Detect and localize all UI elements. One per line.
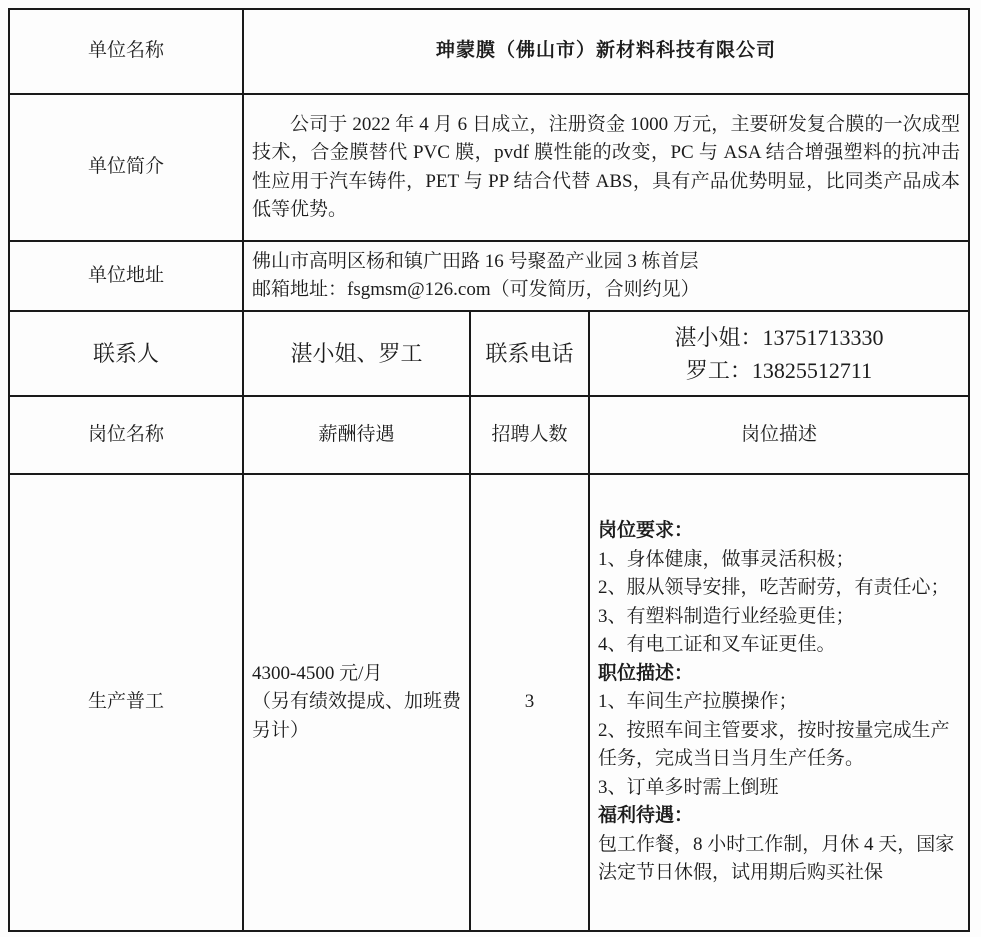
requirement-item: 3、有塑料制造行业经验更佳； [598,603,960,632]
recruitment-document-page: 单位名称 珅蒙膜（佛山市）新材料科技有限公司 单位简介 公司于 2022 年 4… [0,0,981,937]
benefits-title: 福利待遇： [598,802,960,831]
company-name-value: 珅蒙膜（佛山市）新材料科技有限公司 [243,9,969,94]
phone-line-2: 罗工：13825512711 [598,354,960,387]
job-description-cell: 岗位要求： 1、身体健康，做事灵活积极； 2、服从领导安排，吃苦耐劳，有责任心；… [589,474,969,931]
job-data-row: 生产普工 4300-4500 元/月 （另有绩效提成、加班费另计） 3 岗位要求… [9,474,969,931]
address-line-2: 邮箱地址：fsgmsm@126.com（可发简历，合则约见） [252,276,960,305]
company-intro-label: 单位简介 [9,94,243,241]
job-salary-cell: 4300-4500 元/月 （另有绩效提成、加班费另计） [243,474,470,931]
company-address-label: 单位地址 [9,241,243,311]
phone-label: 联系电话 [470,311,589,396]
contact-names: 湛小姐、罗工 [243,311,470,396]
company-name-label: 单位名称 [9,9,243,94]
duty-item: 3、订单多时需上倒班 [598,774,960,803]
company-intro-row: 单位简介 公司于 2022 年 4 月 6 日成立，注册资金 1000 万元，主… [9,94,969,241]
company-name-row: 单位名称 珅蒙膜（佛山市）新材料科技有限公司 [9,9,969,94]
header-salary: 薪酬待遇 [243,396,470,474]
job-header-row: 岗位名称 薪酬待遇 招聘人数 岗位描述 [9,396,969,474]
job-position: 生产普工 [9,474,243,931]
company-address-row: 单位地址 佛山市高明区杨和镇广田路 16 号聚盈产业园 3 栋首层 邮箱地址：f… [9,241,969,311]
company-intro-text: 公司于 2022 年 4 月 6 日成立，注册资金 1000 万元，主要研发复合… [252,111,960,225]
salary-line-1: 4300-4500 元/月 [252,660,461,689]
salary-line-2: （另有绩效提成、加班费另计） [252,688,461,745]
contact-row: 联系人 湛小姐、罗工 联系电话 湛小姐：13751713330 罗工：13825… [9,311,969,396]
header-description: 岗位描述 [589,396,969,474]
phone-line-1: 湛小姐：13751713330 [598,321,960,354]
recruitment-table: 单位名称 珅蒙膜（佛山市）新材料科技有限公司 单位简介 公司于 2022 年 4… [8,8,970,932]
benefits-text: 包工作餐，8 小时工作制，月休 4 天，国家法定节日休假，试用期后购买社保 [598,831,960,888]
job-headcount: 3 [470,474,589,931]
company-address-cell: 佛山市高明区杨和镇广田路 16 号聚盈产业园 3 栋首层 邮箱地址：fsgmsm… [243,241,969,311]
requirements-title: 岗位要求： [598,517,960,546]
contact-label: 联系人 [9,311,243,396]
requirement-item: 1、身体健康，做事灵活积极； [598,546,960,575]
duties-title: 职位描述： [598,660,960,689]
requirement-item: 4、有电工证和叉车证更佳。 [598,631,960,660]
header-headcount: 招聘人数 [470,396,589,474]
phone-cell: 湛小姐：13751713330 罗工：13825512711 [589,311,969,396]
company-intro-cell: 公司于 2022 年 4 月 6 日成立，注册资金 1000 万元，主要研发复合… [243,94,969,241]
duty-item: 2、按照车间主管要求，按时按量完成生产任务，完成当日当月生产任务。 [598,717,960,774]
header-position: 岗位名称 [9,396,243,474]
requirement-item: 2、服从领导安排，吃苦耐劳，有责任心； [598,574,960,603]
address-line-1: 佛山市高明区杨和镇广田路 16 号聚盈产业园 3 栋首层 [252,248,960,277]
duty-item: 1、车间生产拉膜操作； [598,688,960,717]
